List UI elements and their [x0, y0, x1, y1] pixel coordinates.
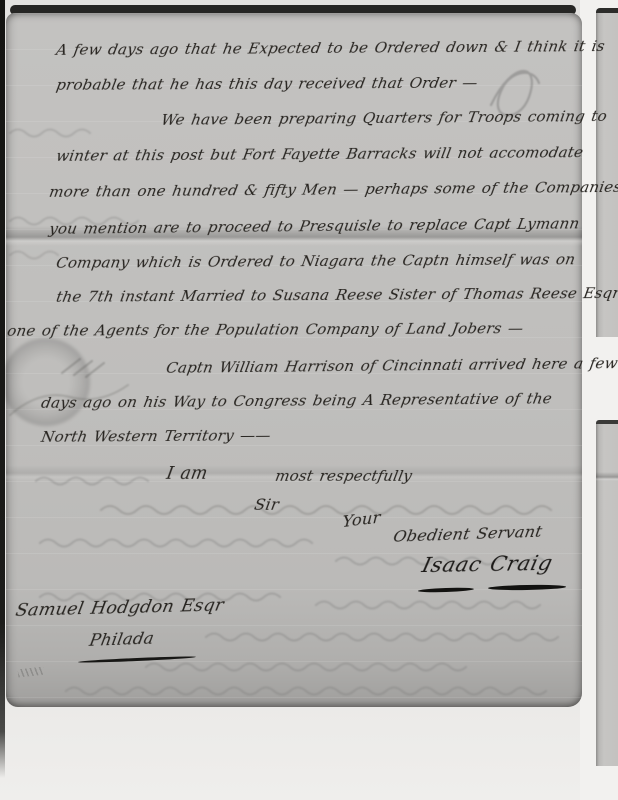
letter-line: probable that he has this day received t… — [55, 76, 479, 93]
signature: Isaac Craig — [420, 553, 555, 576]
letter-page: A few days ago that he Expected to be Or… — [6, 13, 582, 707]
address-underline — [78, 655, 196, 663]
signature-flourish — [418, 587, 474, 593]
closing-sir: Sir — [253, 497, 280, 513]
address-place: Philada — [88, 631, 155, 650]
letter-line: more than one hundred & fifty Men — perh… — [48, 180, 618, 200]
letter-line: the 7th instant Married to Susana Reese … — [55, 286, 618, 305]
letter-line: you mention are to proceed to Presquisle… — [48, 216, 581, 237]
second-page-fold-crease — [596, 472, 618, 481]
letter-line: Company which is Ordered to Niagara the … — [55, 252, 576, 271]
letter-line: We have been preparing Quarters for Troo… — [160, 109, 608, 128]
closing-your: Your — [342, 510, 381, 530]
scanned-letter: A few days ago that he Expected to be Or… — [0, 0, 618, 800]
scanner-left-edge — [0, 0, 5, 778]
letter-line: North Western Territory —— — [40, 428, 272, 445]
closing-respectfully: most respectfully — [274, 469, 413, 484]
letter-line: one of the Agents for the Population Com… — [6, 321, 525, 339]
letter-line: A few days ago that he Expected to be Or… — [55, 39, 606, 58]
archival-mark — [18, 667, 45, 678]
address-recipient: Samuel Hodgdon Esqr — [14, 598, 225, 621]
letter-line: Captn William Harrison of Cincinnati arr… — [165, 356, 618, 376]
letter-line: winter at this post but Fort Fayette Bar… — [55, 145, 584, 164]
closing-i-am: I am — [165, 466, 209, 483]
closing-obedient-servant: Obedient Servant — [392, 524, 543, 545]
round-stain — [2, 338, 90, 426]
second-page-strip-bottom — [596, 420, 618, 766]
letter-line: days ago on his Way to Congress being A … — [40, 392, 553, 411]
signature-flourish — [488, 584, 566, 590]
